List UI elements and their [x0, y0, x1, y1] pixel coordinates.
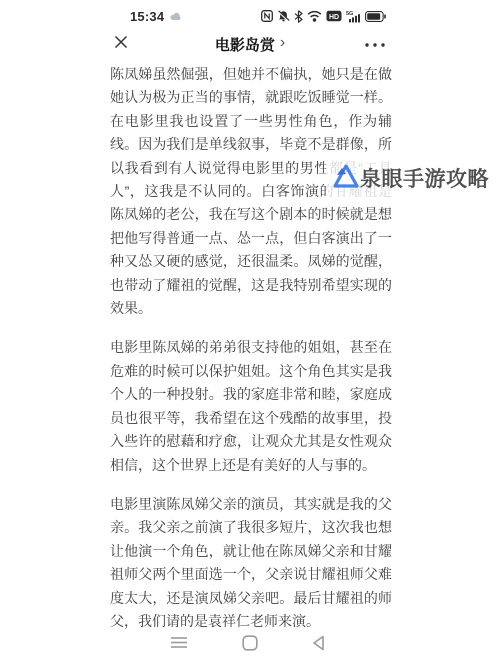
more-options-button[interactable] — [362, 34, 388, 54]
signal-5g-icon: 5G — [346, 10, 361, 23]
nav-menu-button[interactable] — [168, 635, 190, 655]
svg-text:HD: HD — [329, 14, 339, 21]
paragraph: 电影里演陈凤娣父亲的演员，其实就是我的父亲。我父亲之前演了我很多短片，这次我也想… — [110, 493, 392, 633]
nav-home-button[interactable] — [239, 635, 261, 655]
watermark-triangle-logo-icon — [332, 162, 360, 195]
back-icon — [312, 635, 325, 656]
weather-cloud-icon — [170, 12, 181, 21]
account-title-link[interactable]: 电影岛赏 › — [215, 34, 285, 55]
article-body: 陈凤娣虽然倔强，但她并不偏执，她只是在做她认为极为正当的事情，就跟吃饭睡觉一样。… — [110, 63, 392, 649]
notification-mute-icon — [277, 10, 290, 22]
svg-text:5G: 5G — [346, 11, 353, 17]
chevron-right-icon: › — [280, 35, 285, 53]
article-header: 电影岛赏 › — [100, 30, 400, 58]
watermark-text: 泉眼手游攻略 — [360, 163, 489, 193]
watermark: 泉眼手游攻略 — [326, 153, 500, 203]
android-nav-bar — [0, 629, 500, 659]
nav-back-button[interactable] — [307, 635, 329, 655]
screen: 15:34 HD 5G — [0, 0, 500, 659]
menu-icon — [170, 636, 188, 654]
hd-icon: HD — [326, 10, 342, 22]
ellipsis-icon — [364, 35, 386, 53]
page-title: 电影岛赏 — [215, 34, 275, 55]
bluetooth-icon — [294, 10, 303, 23]
paragraph: 电影里陈凤娣的弟弟很支持他的姐姐，甚至在危难的时候可以保护姐姐。这个角色其实是我… — [110, 336, 392, 476]
status-icon-cluster: HD 5G — [261, 10, 386, 23]
wifi-icon — [307, 10, 322, 22]
close-icon — [114, 35, 128, 54]
home-icon — [242, 635, 258, 656]
status-bar: 15:34 HD 5G — [100, 5, 400, 27]
clock: 15:34 — [130, 9, 164, 24]
nfc-icon — [261, 10, 273, 22]
battery-icon — [365, 11, 386, 22]
close-button[interactable] — [110, 33, 132, 55]
